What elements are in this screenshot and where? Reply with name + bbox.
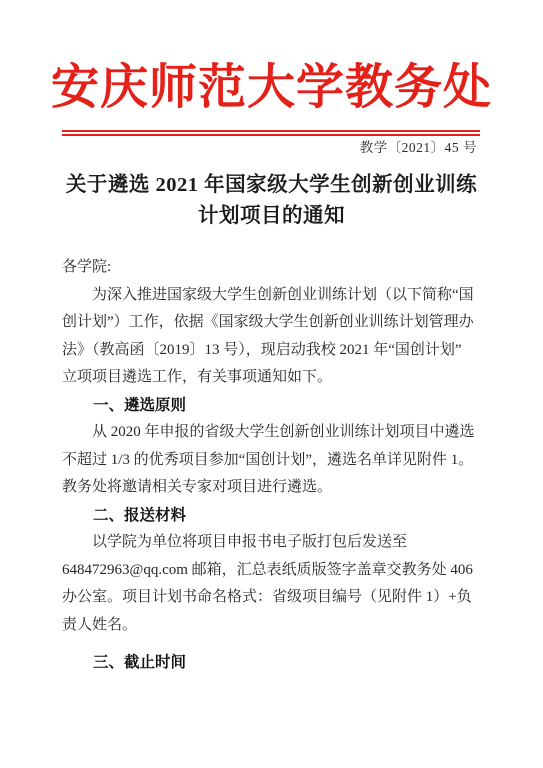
section-heading: 一、遴选原则 [62,392,482,420]
body-line: 责人姓名。 [62,612,482,640]
section-heading: 三、截止时间 [62,649,482,677]
notice-blocks: 为深入推进国家级大学生创新创业训练计划（以下简称“国创计划”）工作，依据《国家级… [62,282,482,677]
body-line: 从 2020 年申报的省级大学生创新创业训练计划项目中遴选 [62,419,482,447]
notice-title-line2: 计划项目的通知 [198,205,345,227]
body-line: 不超过 1/3 的优秀项目参加“国创计划”，遴选名单详见附件 1。 [62,447,482,475]
notice-title: 关于遴选 2021 年国家级大学生创新创业训练 计划项目的通知 [0,170,543,232]
notice-body: 各学院: 为深入推进国家级大学生创新创业训练计划（以下简称“国创计划”）工作，依… [62,254,482,677]
document-page: 安庆师范大学教务处 教学〔2021〕45 号 关于遴选 2021 年国家级大学生… [0,0,543,768]
body-line: 法》（教高函〔2019〕13 号），现启动我校 2021 年“国创计划” [62,337,482,365]
notice-title-line1: 关于遴选 2021 年国家级大学生创新创业训练 [66,174,477,196]
body-line: 648472963@qq.com 邮箱，汇总表纸质版签字盖章交教务处 406 [62,557,482,585]
letterhead-org-title: 安庆师范大学教务处 [0,58,543,118]
letterhead-divider [62,130,480,136]
body-line: 创计划”）工作，依据《国家级大学生创新创业训练计划管理办 [62,309,482,337]
salutation: 各学院: [62,254,482,282]
body-line: 办公室。项目计划书命名格式：省级项目编号（见附件 1）+负 [62,584,482,612]
doc-number: 教学〔2021〕45 号 [360,139,477,157]
body-line: 教务处将邀请相关专家对项目进行遴选。 [62,474,482,502]
body-line: 为深入推进国家级大学生创新创业训练计划（以下简称“国 [62,282,482,310]
body-line: 以学院为单位将项目申报书电子版打包后发送至 [62,529,482,557]
body-line: 立项项目遴选工作，有关事项通知如下。 [62,364,482,392]
section-heading: 二、报送材料 [62,502,482,530]
